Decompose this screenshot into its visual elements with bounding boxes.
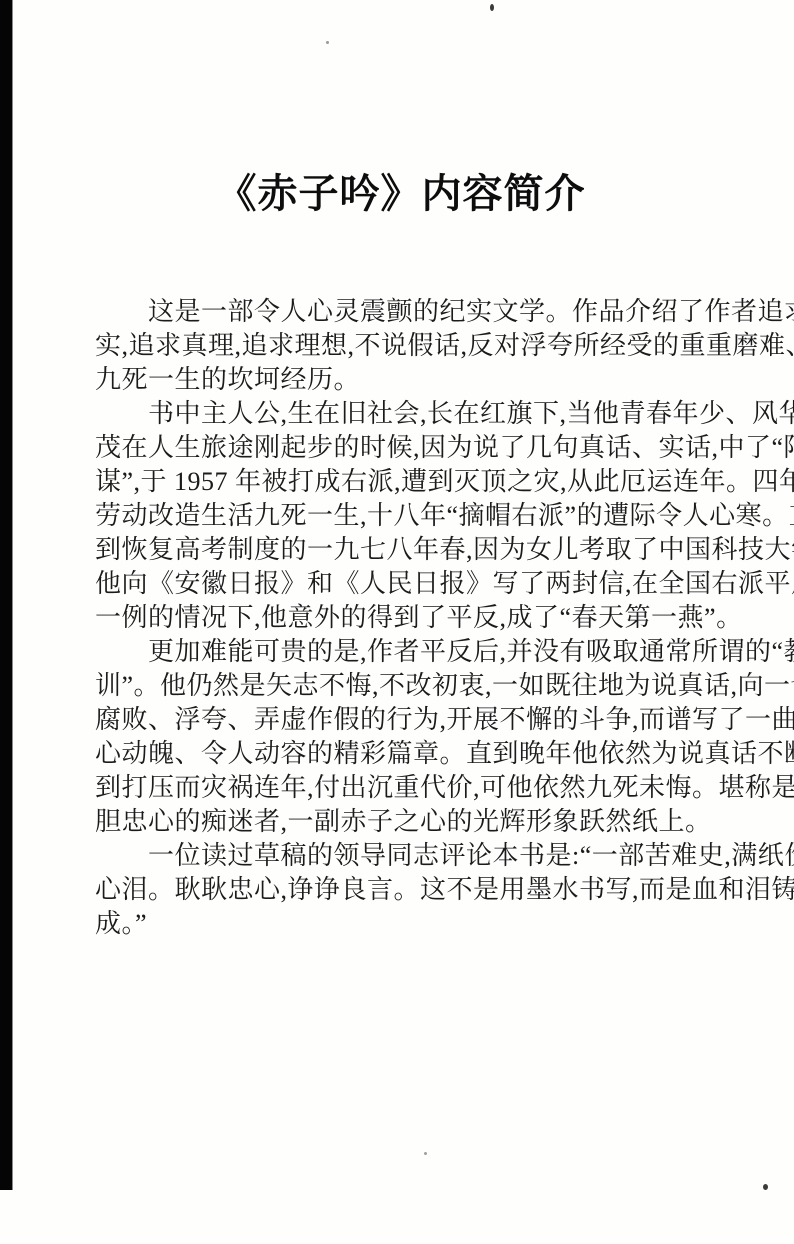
text-line: 一位读过草稿的领导同志评论本书是:“一部苦难史,满纸伤 bbox=[95, 839, 711, 873]
text-line: 实,追求真理,追求理想,不说假话,反对浮夸所经受的重重磨难、 bbox=[95, 329, 711, 363]
page-title: 《赤子吟》内容简介 bbox=[95, 162, 707, 219]
paragraph: 一位读过草稿的领导同志评论本书是:“一部苦难史,满纸伤 心泪。耿耿忠心,诤诤良言… bbox=[95, 839, 711, 941]
text-line: 一例的情况下,他意外的得到了平反,成了“春天第一燕”。 bbox=[95, 601, 711, 635]
text-line: 到打压而灾祸连年,付出沉重代价,可他依然九死未悔。堪称是赤 bbox=[95, 771, 711, 805]
text-line: 九死一生的坎坷经历。 bbox=[95, 363, 711, 397]
paragraph: 书中主人公,生在旧社会,长在红旗下,当他青春年少、风华正 茂在人生旅途刚起步的时… bbox=[95, 397, 711, 635]
binding-shadow bbox=[0, 0, 13, 1190]
text-line: 胆忠心的痴迷者,一副赤子之心的光辉形象跃然纸上。 bbox=[95, 805, 711, 839]
text-line: 他向《安徽日报》和《人民日报》写了两封信,在全国右派平反尚无 bbox=[95, 567, 711, 601]
scan-speck bbox=[763, 1184, 768, 1190]
text-line: 劳动改造生活九死一生,十八年“摘帽右派”的遭际令人心寒。直 bbox=[95, 499, 711, 533]
text-line: 这是一部令人心灵震颤的纪实文学。作品介绍了作者追求真 bbox=[95, 295, 711, 329]
scanned-book-page: 《赤子吟》内容简介 这是一部令人心灵震颤的纪实文学。作品介绍了作者追求真 实,追… bbox=[0, 0, 794, 1244]
text-line: 腐败、浮夸、弄虚作假的行为,开展不懈的斗争,而谱写了一曲曲惊 bbox=[95, 703, 711, 737]
text-line: 书中主人公,生在旧社会,长在红旗下,当他青春年少、风华正 bbox=[95, 397, 711, 431]
scan-speck bbox=[326, 41, 329, 44]
text-line: 心动魄、令人动容的精彩篇章。直到晚年他依然为说真话不断受 bbox=[95, 737, 711, 771]
scan-speck bbox=[490, 4, 494, 11]
text-line: 更加难能可贵的是,作者平反后,并没有吸取通常所谓的“教 bbox=[95, 635, 711, 669]
scan-speck bbox=[424, 1152, 427, 1155]
body-text: 这是一部令人心灵震颤的纪实文学。作品介绍了作者追求真 实,追求真理,追求理想,不… bbox=[95, 295, 711, 941]
paragraph: 这是一部令人心灵震颤的纪实文学。作品介绍了作者追求真 实,追求真理,追求理想,不… bbox=[95, 295, 711, 397]
text-line: 成。” bbox=[95, 907, 711, 941]
text-line: 心泪。耿耿忠心,诤诤良言。这不是用墨水书写,而是血和泪铸 bbox=[95, 873, 711, 907]
text-line: 茂在人生旅途刚起步的时候,因为说了几句真话、实话,中了“阳 bbox=[95, 431, 711, 465]
text-line: 谋”,于 1957 年被打成右派,遭到灭顶之灾,从此厄运连年。四年 bbox=[95, 465, 711, 499]
text-line: 训”。他仍然是矢志不悔,不改初衷,一如既往地为说真话,向一切 bbox=[95, 669, 711, 703]
text-line: 到恢复高考制度的一九七八年春,因为女儿考取了中国科技大学, bbox=[95, 533, 711, 567]
paragraph: 更加难能可贵的是,作者平反后,并没有吸取通常所谓的“教 训”。他仍然是矢志不悔,… bbox=[95, 635, 711, 839]
